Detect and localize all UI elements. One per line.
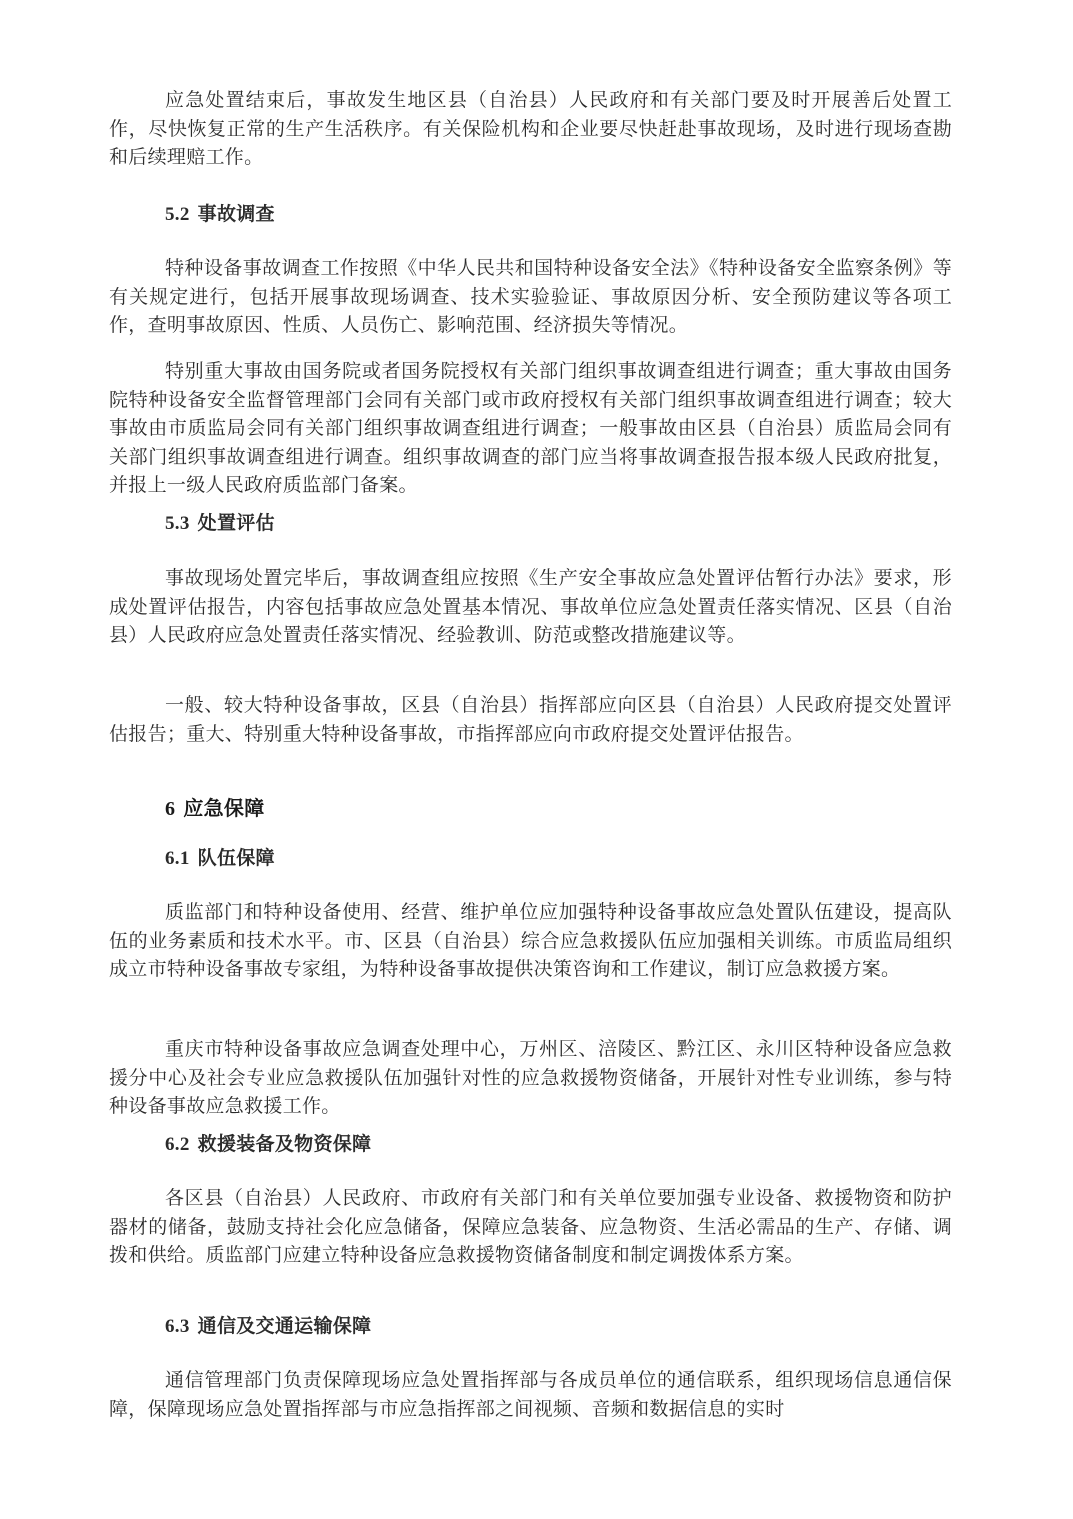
section-title: 处置评估: [198, 512, 275, 534]
section-heading-5-3: 5.3处置评估: [109, 509, 1008, 538]
section-number: 6.3: [165, 1316, 190, 1337]
section-heading-6-2: 6.2救援装备及物资保障: [109, 1130, 1008, 1159]
section-title: 救援装备及物资保障: [198, 1133, 372, 1155]
paragraph-rescue-centers: 重庆市特种设备事故应急调查处理中心，万州区、涪陵区、黔江区、永川区特种设备应急救…: [109, 1035, 952, 1121]
paragraph-team-building: 质监部门和特种设备使用、经营、维护单位应加强特种设备事故应急处置队伍建设，提高队…: [109, 898, 952, 984]
chapter-heading-6: 6应急保障: [109, 794, 1008, 823]
section-heading-5-2: 5.2事故调查: [109, 200, 1008, 229]
section-number: 6.2: [165, 1134, 190, 1155]
section-title: 通信及交通运输保障: [198, 1315, 372, 1337]
section-heading-6-1: 6.1队伍保障: [109, 844, 1008, 873]
paragraph-investigation-basis: 特种设备事故调查工作按照《中华人民共和国特种设备安全法》《特种设备安全监察条例》…: [109, 254, 952, 340]
paragraph-investigation-responsibility: 特别重大事故由国务院或者国务院授权有关部门组织事故调查组进行调查；重大事故由国务…: [109, 357, 952, 500]
paragraph-equipment-reserves: 各区县（自治县）人民政府、市政府有关部门和有关单位要加强专业设备、救援物资和防护…: [109, 1184, 952, 1270]
section-title: 事故调查: [198, 203, 275, 225]
paragraph-evaluation-submission: 一般、较大特种设备事故，区县（自治县）指挥部应向区县（自治县）人民政府提交处置评…: [109, 691, 952, 748]
section-heading-6-3: 6.3通信及交通运输保障: [109, 1312, 1008, 1341]
section-number: 5.2: [165, 204, 190, 225]
paragraph-communications: 通信管理部门负责保障现场应急处置指挥部与各成员单位的通信联系，组织现场信息通信保…: [109, 1366, 952, 1423]
section-title: 队伍保障: [198, 847, 275, 869]
paragraph-aftermath: 应急处置结束后，事故发生地区县（自治县）人民政府和有关部门要及时开展善后处置工作…: [109, 86, 952, 172]
section-title: 应急保障: [183, 796, 264, 820]
paragraph-evaluation-report: 事故现场处置完毕后，事故调查组应按照《生产安全事故应急处置评估暂行办法》要求，形…: [109, 564, 952, 650]
section-number: 6: [165, 798, 175, 820]
section-number: 6.1: [165, 848, 190, 869]
section-number: 5.3: [165, 513, 190, 534]
